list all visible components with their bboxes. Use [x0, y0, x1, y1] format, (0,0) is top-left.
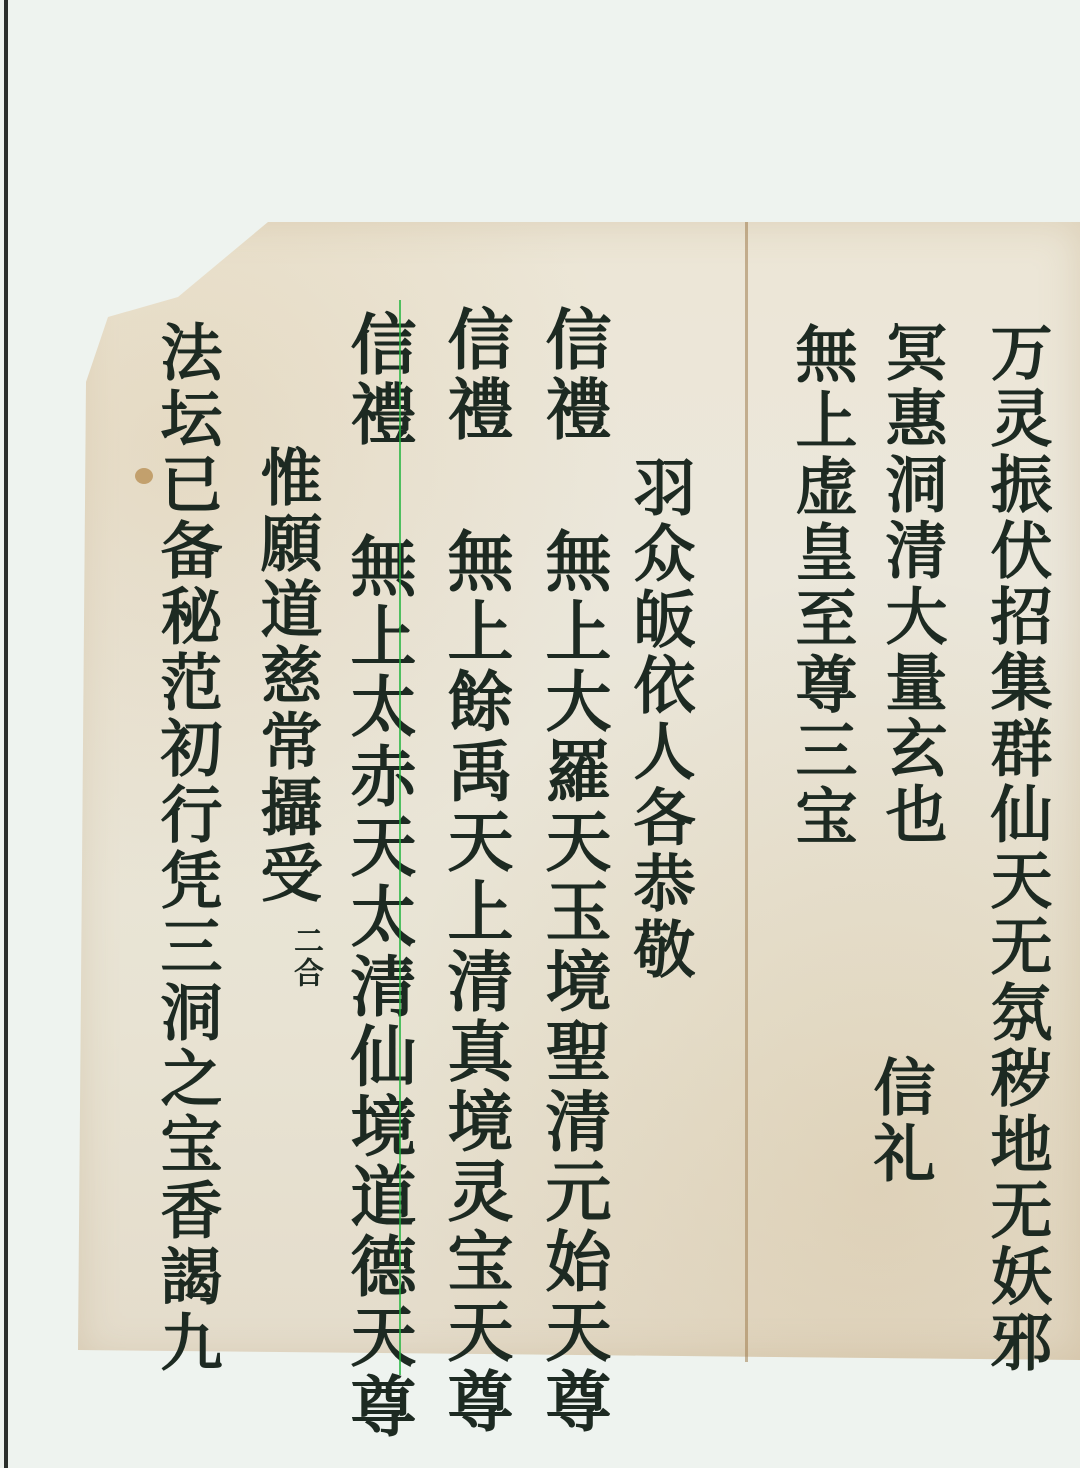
- scan-bottom-margin: [0, 1468, 1080, 1482]
- column-9: 惟願道慈常攝受: [255, 445, 317, 907]
- green-marker-line: [399, 300, 401, 1375]
- paper-fold-line: [745, 222, 748, 1362]
- scan-edge-rule: [4, 0, 8, 1470]
- column-8: 信禮 無上太赤天太清仙境道德天尊: [345, 310, 411, 1442]
- column-9-annotation: 二合: [290, 925, 320, 989]
- column-4-xinli: 信礼: [868, 1055, 930, 1187]
- column-6: 信禮 無上大羅天玉境聖清元始天尊: [540, 305, 606, 1437]
- column-7: 信禮 無上餘禹天上清真境灵宝天尊: [442, 305, 508, 1437]
- column-1: 万灵振伏招集群仙天无氛秽地无妖邪: [985, 320, 1047, 1376]
- column-2: 冥惠洞清大量玄也: [880, 320, 942, 848]
- column-3: 無上虚皇至尊三宝: [790, 322, 852, 850]
- column-5: 羽众皈依人各恭敬: [628, 455, 690, 983]
- column-10: 法坛已备秘范初行凭三洞之宝香謁九: [155, 320, 217, 1376]
